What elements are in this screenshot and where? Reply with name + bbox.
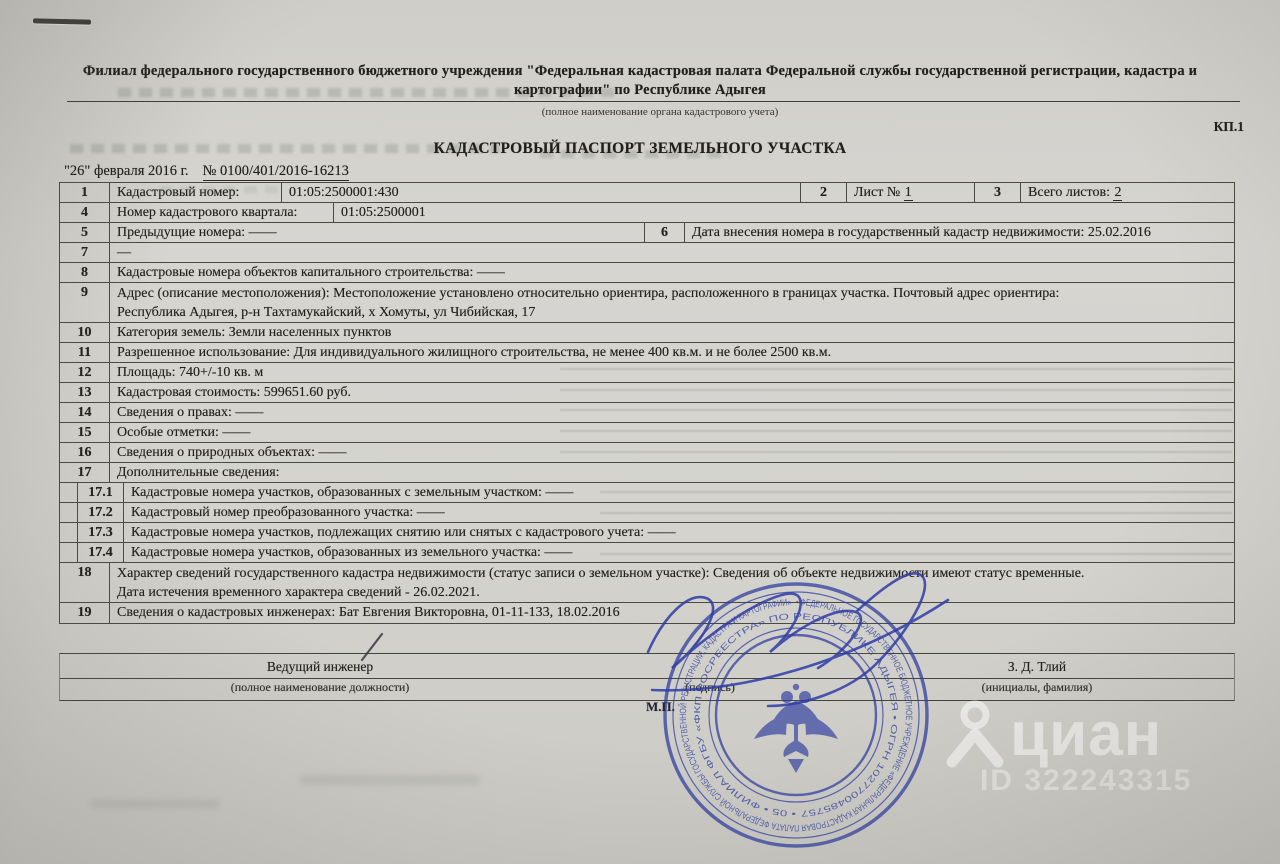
total-sheets-label: Всего листов:	[1028, 185, 1110, 200]
row-number: 8	[60, 263, 110, 282]
table-row-12: 12 Площадь: 740+/-10 кв. м	[60, 363, 1234, 383]
row-number: 1	[60, 183, 110, 202]
row-value: Категория земель: Земли населенных пункт…	[110, 323, 1234, 342]
scanned-document: { "header": { "org_name": "Филиал федера…	[0, 0, 1280, 864]
round-stamp: • ФЕДЕРАЛЬНОЕ ГОСУДАРСТВЕННОЕ БЮДЖЕТНОЕ …	[656, 575, 936, 855]
pin-icon	[944, 698, 1006, 770]
table-row-7: 7 —	[60, 243, 1234, 263]
scan-artifact	[560, 368, 1232, 370]
scan-artifact	[600, 491, 1232, 493]
document-number: № 0100/401/2016-16213	[203, 163, 349, 181]
watermark-brand: циан	[1010, 704, 1162, 766]
row-value: 01:05:2500001	[334, 203, 1234, 222]
header-org-name: Филиал федерального государственного бюд…	[65, 62, 1215, 100]
row-number: 17	[60, 463, 110, 482]
indent-cell	[60, 543, 78, 562]
table-row-9: 9 Адрес (описание местоположения): Место…	[60, 283, 1234, 323]
position-caption: (полное наименование должности)	[60, 680, 580, 695]
row-number: 5	[60, 223, 110, 242]
header-org-caption: (полное наименование органа кадастрового…	[330, 106, 990, 118]
row-value: Дополнительные сведения:	[110, 463, 1234, 482]
staple-mark	[33, 18, 91, 24]
scan-artifact	[560, 409, 1232, 411]
indent-cell	[60, 523, 78, 542]
row-number: 19	[60, 603, 110, 623]
row-number: 9	[60, 283, 110, 322]
row-number: 17.4	[78, 543, 124, 562]
address-line-2: Республика Адыгея, р-н Тахтамукайский, х…	[117, 303, 1227, 322]
row-label: Кадастровый номер:	[110, 183, 282, 202]
scan-artifact	[560, 451, 1232, 453]
scan-artifact	[560, 389, 1232, 391]
document-date: "26" февраля 2016 г.	[64, 163, 189, 179]
table-row-18: 18 Характер сведений государственного ка…	[60, 563, 1234, 603]
table-row-13: 13 Кадастровая стоимость: 599651.60 руб.	[60, 383, 1234, 403]
row-number: 10	[60, 323, 110, 342]
row-number: 18	[60, 563, 110, 602]
row-number: 3	[975, 183, 1021, 202]
stamp-mp-label: М.П.	[646, 699, 675, 715]
row-number: 17.1	[78, 483, 124, 502]
row-number: 4	[60, 203, 110, 222]
row-number: 2	[801, 183, 847, 202]
row-value: Адрес (описание местоположения): Местопо…	[110, 283, 1234, 322]
row-number: 12	[60, 363, 110, 382]
signature-row-values: Ведущий инженер З. Д. Тлий	[60, 654, 1234, 679]
row-value: Кадастровая стоимость: 599651.60 руб.	[110, 383, 1234, 402]
scan-artifact	[600, 553, 1232, 555]
table-row-16: 16 Сведения о природных объектах: ——	[60, 443, 1234, 463]
sheet-value: 1	[904, 185, 913, 201]
signature-block: Ведущий инженер З. Д. Тлий (полное наиме…	[59, 653, 1235, 701]
row-number: 6	[645, 223, 685, 242]
table-row-4: 4 Номер кадастрового квартала: 01:05:250…	[60, 203, 1234, 223]
header-rule	[67, 101, 1240, 102]
table-row-14: 14 Сведения о правах: ——	[60, 403, 1234, 423]
row-number: 15	[60, 423, 110, 442]
scan-artifact	[90, 800, 220, 808]
indent-cell	[60, 503, 78, 522]
address-line-1: Адрес (описание местоположения): Местопо…	[117, 284, 1227, 303]
row-value: Площадь: 740+/-10 кв. м	[110, 363, 1234, 382]
row-number: 14	[60, 403, 110, 422]
sheet-label: Лист №	[854, 185, 900, 200]
watermark-id: ID 322243315	[980, 764, 1193, 798]
row-value: Предыдущие номера: ——	[110, 223, 645, 242]
row-label: Номер кадастрового квартала:	[110, 203, 334, 222]
table-row-17-1: 17.1 Кадастровые номера участков, образо…	[60, 483, 1234, 503]
position-title: Ведущий инженер	[60, 659, 580, 675]
row-number: 13	[60, 383, 110, 402]
table-row-17-3: 17.3 Кадастровые номера участков, подлеж…	[60, 523, 1234, 543]
row-number: 17.2	[78, 503, 124, 522]
table-row-1: 1 Кадастровый номер: 01:05:2500001:430 2…	[60, 183, 1234, 203]
table-row-10: 10 Категория земель: Земли населенных пу…	[60, 323, 1234, 343]
total-sheets-value: 2	[1113, 185, 1122, 201]
table-row-15: 15 Особые отметки: ——	[60, 423, 1234, 443]
row-value: Кадастровые номера объектов капитального…	[110, 263, 1234, 282]
row-value: Кадастровые номера участков, подлежащих …	[124, 523, 1234, 542]
sheet-cell: Лист № 1	[847, 183, 975, 202]
row-number: 16	[60, 443, 110, 462]
document-title: КАДАСТРОВЫЙ ПАСПОРТ ЗЕМЕЛЬНОГО УЧАСТКА	[60, 140, 1220, 158]
total-sheets-cell: Всего листов: 2	[1021, 183, 1234, 202]
table-row-5-6: 5 Предыдущие номера: —— 6 Дата внесения …	[60, 223, 1234, 243]
table-row-19: 19 Сведения о кадастровых инженерах: Бат…	[60, 603, 1234, 623]
row-number: 17.3	[78, 523, 124, 542]
signature-row-captions: (полное наименование должности) (подпись…	[60, 679, 1234, 700]
indent-cell	[60, 483, 78, 502]
date-line: "26" февраля 2016 г.№ 0100/401/2016-1621…	[64, 163, 349, 180]
table-row-8: 8 Кадастровые номера объектов капитально…	[60, 263, 1234, 283]
scan-artifact	[560, 430, 1232, 432]
row-value: Особые отметки: ——	[110, 423, 1234, 442]
row-number: 11	[60, 343, 110, 362]
table-row-11: 11 Разрешенное использование: Для индиви…	[60, 343, 1234, 363]
table-row-17: 17 Дополнительные сведения:	[60, 463, 1234, 483]
row-value: Разрешенное использование: Для индивидуа…	[110, 343, 1234, 362]
row-value: Сведения о правах: ——	[110, 403, 1234, 422]
form-code: КП.1	[1214, 119, 1244, 135]
row-number: 7	[60, 243, 110, 262]
row-value: Дата внесения номера в государственный к…	[685, 223, 1234, 242]
eagle-emblem-icon	[754, 684, 838, 773]
row-value: 01:05:2500001:430	[282, 183, 801, 202]
scan-artifact	[600, 512, 1232, 514]
scan-artifact	[300, 775, 480, 785]
row-value: —	[110, 243, 1234, 262]
main-table: 1 Кадастровый номер: 01:05:2500001:430 2…	[59, 182, 1235, 624]
